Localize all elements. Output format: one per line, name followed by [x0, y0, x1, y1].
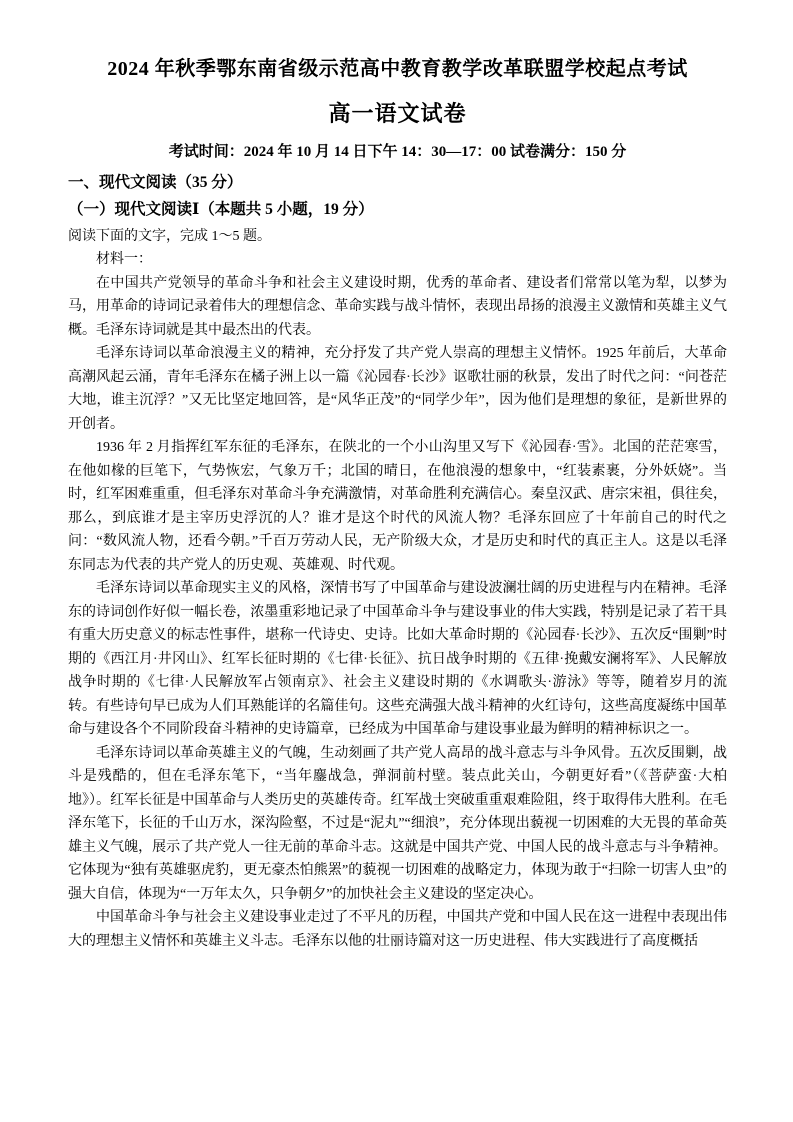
material-paragraph-5: 毛泽东诗词以革命英雄主义的气魄，生动刻画了共产党人高昂的战斗意志与斗争风骨。五次…: [68, 742, 727, 907]
material-paragraph-2: 毛泽东诗词以革命浪漫主义的精神，充分抒发了共产党人崇高的理想主义情怀。1925 …: [68, 342, 727, 436]
subsection-heading-reading-one: （一）现代文阅读Ⅰ（本题共 5 小题，19 分）: [68, 197, 727, 223]
material-one-label: 材料一：: [68, 248, 727, 272]
material-paragraph-4: 毛泽东诗词以革命现实主义的风格，深情书写了中国革命与建设波澜壮阔的历史进程与内在…: [68, 577, 727, 742]
reading-instruction: 阅读下面的文字，完成 1～5 题。: [68, 225, 727, 248]
section-heading-modern-reading: 一、现代文阅读（35 分）: [68, 170, 727, 195]
material-paragraph-1: 在中国共产党领导的革命斗争和社会主义建设时期，优秀的革命者、建设者们常常以笔为犁…: [68, 272, 727, 343]
exam-title: 2024 年秋季鄂东南省级示范高中教育教学改革联盟学校起点考试: [68, 54, 727, 84]
exam-subtitle: 高一语文试卷: [68, 99, 727, 129]
material-paragraph-3: 1936 年 2 月指挥红军东征的毛泽东，在陕北的一个小山沟里又写下《沁园春·雪…: [68, 436, 727, 577]
exam-paper-page: 2024 年秋季鄂东南省级示范高中教育教学改革联盟学校起点考试 高一语文试卷 考…: [0, 0, 793, 1122]
exam-info-line: 考试时间：2024 年 10 月 14 日下午 14：30—17：00 试卷满分…: [68, 141, 727, 163]
material-paragraph-6: 中国革命斗争与社会主义建设事业走过了不平凡的历程，中国共产党和中国人民在这一进程…: [68, 906, 727, 953]
